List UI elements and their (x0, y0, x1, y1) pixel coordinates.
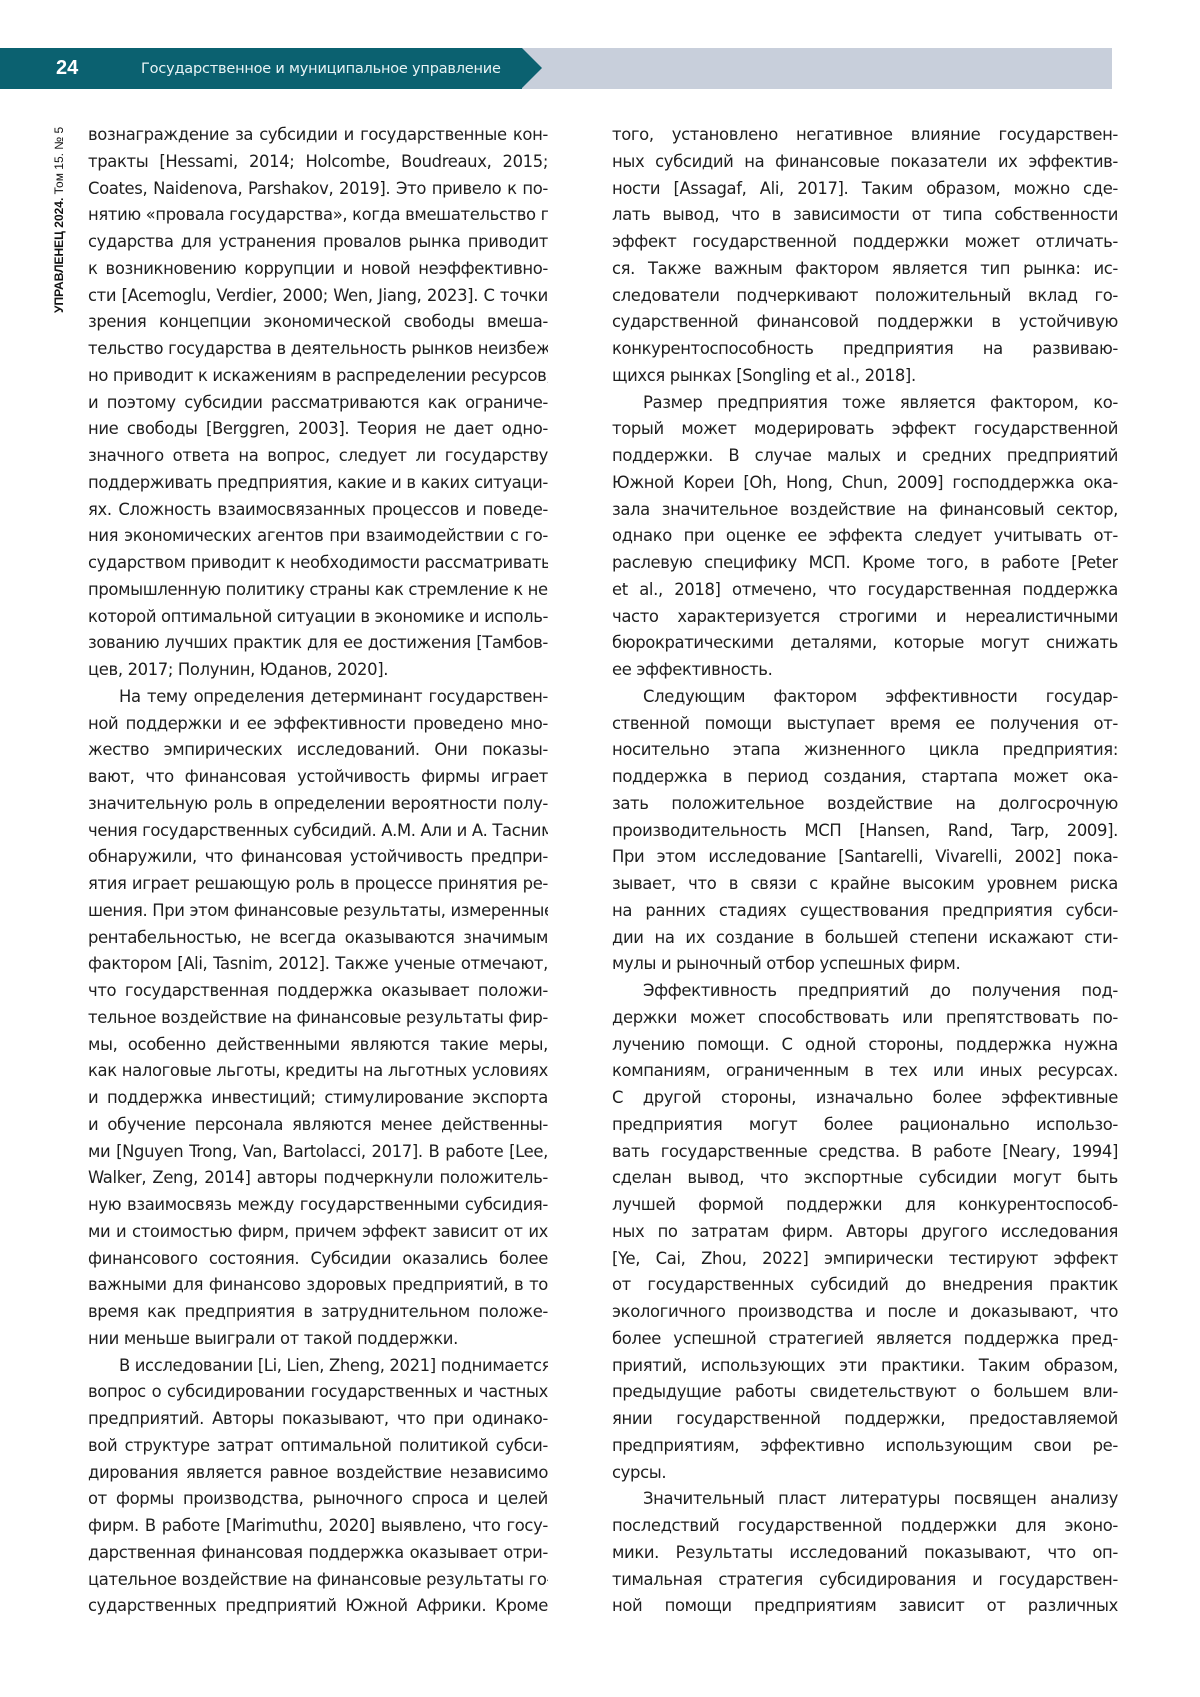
text-line: цев, 2017; Полунин, Юданов, 2020]. (88, 657, 548, 684)
text-line: конкурентоспособность предприятия на раз… (612, 336, 1118, 363)
text-line: к возникновению коррупции и новой неэффе… (88, 256, 548, 283)
text-line: дарственная финансовая поддержка оказыва… (88, 1540, 548, 1567)
text-line: предприятий. Авторы показывают, что при … (88, 1406, 548, 1433)
text-line: предприятия могут более рационально испо… (612, 1112, 1118, 1139)
text-line: обнаружили, что финансовая устойчивость … (88, 844, 548, 871)
text-line: ми и стоимостью фирм, причем эффект зави… (88, 1219, 548, 1246)
text-line: поддерживать предприятия, какие и в каки… (88, 470, 548, 497)
text-line: ся. Также важным фактором является тип р… (612, 256, 1118, 283)
text-line: вают, что финансовая устойчивость фирмы … (88, 764, 548, 791)
text-line: Walker, Zeng, 2014] авторы подчеркнули п… (88, 1165, 548, 1192)
text-line: тельное воздействие на финансовые резуль… (88, 1005, 548, 1032)
text-line: время как предприятия в затруднительном … (88, 1299, 548, 1326)
text-line: и обучение персонала являются менее дейс… (88, 1112, 548, 1139)
text-line: поддержка в период создания, стартапа мо… (612, 764, 1118, 791)
text-line: сударственных предприятий Южной Африки. … (88, 1593, 548, 1620)
text-line: компаниям, ограниченным в тех или иных р… (612, 1058, 1118, 1085)
text-line: чения государственных субсидий. А.М. Али… (88, 818, 548, 845)
text-line: фирм. В работе [Marimuthu, 2020] выявлен… (88, 1513, 548, 1540)
text-line: на ранних стадиях существования предприя… (612, 898, 1118, 925)
text-line: ной помощи предприятиям зависит от разли… (612, 1593, 1118, 1620)
header-arrow-shape (522, 48, 542, 88)
right-text-column: того, установлено негативное влияние гос… (612, 122, 1118, 1620)
text-line: [Ye, Cai, Zhou, 2022] эмпирически тестир… (612, 1246, 1118, 1273)
text-line: держки может способствовать или препятст… (612, 1005, 1118, 1032)
paragraph-first-line: Значительный пласт литературы посвящен а… (612, 1486, 1118, 1513)
text-line: однако при оценке ее эффекта следует учи… (612, 523, 1118, 550)
text-line: которой оптимальной ситуации в экономике… (88, 604, 548, 631)
text-line: сударством приводит к необходимости расс… (88, 550, 548, 577)
text-line: зованию лучших практик для ее достижения… (88, 630, 548, 657)
text-line: но приводит к искажениям в распределении… (88, 363, 548, 390)
section-title: Государственное и муниципальное управлен… (141, 48, 501, 89)
journal-sidebar: УПРАВЛЕНЕЦ 2024. Том 15. № 5 (49, 113, 69, 313)
text-line: что государственная поддержка оказывает … (88, 978, 548, 1005)
text-line: эффект государственной поддержки может о… (612, 229, 1118, 256)
text-line: мы, особенно действенными являются такие… (88, 1032, 548, 1059)
text-line: бюрократическими деталями, которые могут… (612, 630, 1118, 657)
text-line: сделан вывод, что экспортные субсидии мо… (612, 1165, 1118, 1192)
text-line: тимальная стратегия субсидирования и гос… (612, 1567, 1118, 1594)
text-line: зывает, что в связи с крайне высоким уро… (612, 871, 1118, 898)
text-line: тракты [Hessami, 2014; Holcombe, Boudrea… (88, 149, 548, 176)
header-grey-bar (520, 48, 1112, 89)
paragraph-first-line: Эффективность предприятий до получения п… (612, 978, 1118, 1005)
text-line: лучению помощи. С одной стороны, поддерж… (612, 1032, 1118, 1059)
paragraph-first-line: В исследовании [Li, Lien, Zheng, 2021] п… (88, 1353, 548, 1380)
text-line: ственной помощи выступает время ее получ… (612, 711, 1118, 738)
text-line: значного ответа на вопрос, следует ли го… (88, 443, 548, 470)
text-line: производительность МСП [Hansen, Rand, Ta… (612, 818, 1118, 845)
text-line: торый может модерировать эффект государс… (612, 416, 1118, 443)
text-line: мики. Результаты исследований показывают… (612, 1540, 1118, 1567)
text-line: зрения концепции экономической свободы в… (88, 309, 548, 336)
text-line: нии меньше выиграли от такой поддержки. (88, 1326, 548, 1353)
text-line: ности [Assagaf, Ali, 2017]. Таким образо… (612, 176, 1118, 203)
text-line: носительно этапа жизненного цикла предпр… (612, 737, 1118, 764)
text-line: того, установлено негативное влияние гос… (612, 122, 1118, 149)
text-line: жество эмпирических исследований. Они по… (88, 737, 548, 764)
text-line: фактором [Ali, Tasnim, 2012]. Также учен… (88, 951, 548, 978)
text-line: При этом исследование [Santarelli, Vivar… (612, 844, 1118, 871)
text-line: экологичного производства и после и дока… (612, 1299, 1118, 1326)
text-line: ную взаимосвязь между государственными с… (88, 1192, 548, 1219)
text-line: ной поддержки и ее эффективности проведе… (88, 711, 548, 738)
text-line: от формы производства, рыночного спроса … (88, 1486, 548, 1513)
journal-issue: Том 15. № 5 (52, 127, 66, 198)
text-line: лучшей формой поддержки для конкурентосп… (612, 1192, 1118, 1219)
text-line: зать положительное воздействие на долгос… (612, 791, 1118, 818)
text-line: ми [Nguyen Trong, Van, Bartolacci, 2017]… (88, 1139, 548, 1166)
text-line: вознаграждение за субсидии и государстве… (88, 122, 548, 149)
text-line: ных по затратам фирм. Авторы другого исс… (612, 1219, 1118, 1246)
text-line: нятию «провала государства», когда вмеша… (88, 202, 548, 229)
text-line: вопрос о субсидировании государственных … (88, 1379, 548, 1406)
text-line: зала значительное воздействие на финансо… (612, 497, 1118, 524)
page-number: 24 (56, 48, 78, 89)
text-line: янии государственной поддержки, предоста… (612, 1406, 1118, 1433)
text-line: Южной Кореи [Oh, Hong, Chun, 2009] госпо… (612, 470, 1118, 497)
text-line: мулы и рыночный отбор успешных фирм. (612, 951, 1118, 978)
text-line: тельство государства в деятельность рынк… (88, 336, 548, 363)
text-line: сти [Acemoglu, Verdier, 2000; Wen, Jiang… (88, 283, 548, 310)
text-line: ных субсидий на финансовые показатели их… (612, 149, 1118, 176)
text-line: цательное воздействие на финансовые резу… (88, 1567, 548, 1594)
text-line: вать государственные средства. В работе … (612, 1139, 1118, 1166)
text-line: часто характеризуется строгими и нереали… (612, 604, 1118, 631)
text-line: сурсы. (612, 1460, 1118, 1487)
text-line: ния экономических агентов при взаимодейс… (88, 523, 548, 550)
text-line: вой структуре затрат оптимальной политик… (88, 1433, 548, 1460)
text-line: значительную роль в определении вероятно… (88, 791, 548, 818)
text-line: промышленную политику страны как стремле… (88, 577, 548, 604)
text-line: С другой стороны, изначально более эффек… (612, 1085, 1118, 1112)
text-line: рентабельностью, не всегда оказываются з… (88, 925, 548, 952)
text-line: Coates, Naidenova, Parshakov, 2019]. Это… (88, 176, 548, 203)
text-line: ние свободы [Berggren, 2003]. Теория не … (88, 416, 548, 443)
text-line: ятия играет решающую роль в процессе при… (88, 871, 548, 898)
text-line: дии на их создание в большей степени иск… (612, 925, 1118, 952)
text-line: важными для финансово здоровых предприят… (88, 1272, 548, 1299)
text-line: щихся рынках [Songling et al., 2018]. (612, 363, 1118, 390)
text-line: et al., 2018] отмечено, что государствен… (612, 577, 1118, 604)
text-line: раслевую специфику МСП. Кроме того, в ра… (612, 550, 1118, 577)
journal-name: УПРАВЛЕНЕЦ 2024. (52, 198, 66, 313)
paragraph-first-line: Следующим фактором эффективности государ… (612, 684, 1118, 711)
text-line: предприятиям, эффективно использующим св… (612, 1433, 1118, 1460)
text-line: финансового состояния. Субсидии оказалис… (88, 1246, 548, 1273)
text-line: и поэтому субсидии рассматриваются как о… (88, 390, 548, 417)
text-line: сударственной финансовой поддержки в уст… (612, 309, 1118, 336)
text-line: последствий государственной поддержки дл… (612, 1513, 1118, 1540)
running-header: 24 Государственное и муниципальное управ… (0, 48, 1120, 89)
left-text-column: вознаграждение за субсидии и государстве… (88, 122, 548, 1620)
text-line: шения. При этом финансовые результаты, и… (88, 898, 548, 925)
text-line: от государственных субсидий до внедрения… (612, 1272, 1118, 1299)
text-line: ее эффективность. (612, 657, 1118, 684)
text-line: приятий, использующих эти практики. Таки… (612, 1353, 1118, 1380)
text-line: дирования является равное воздействие не… (88, 1460, 548, 1487)
text-line: как налоговые льготы, кредиты на льготны… (88, 1058, 548, 1085)
text-line: и поддержка инвестиций; стимулирование э… (88, 1085, 548, 1112)
text-line: лать вывод, что в зависимости от типа со… (612, 202, 1118, 229)
text-line: следователи подчеркивают положительный в… (612, 283, 1118, 310)
text-line: поддержки. В случае малых и средних пред… (612, 443, 1118, 470)
text-line: предыдущие работы свидетельствуют о боль… (612, 1379, 1118, 1406)
text-line: более успешной стратегией является подде… (612, 1326, 1118, 1353)
paragraph-first-line: Размер предприятия тоже является факторо… (612, 390, 1118, 417)
text-line: ях. Сложность взаимосвязанных процессов … (88, 497, 548, 524)
paragraph-first-line: На тему определения детерминант государс… (88, 684, 548, 711)
text-line: сударства для устранения провалов рынка … (88, 229, 548, 256)
